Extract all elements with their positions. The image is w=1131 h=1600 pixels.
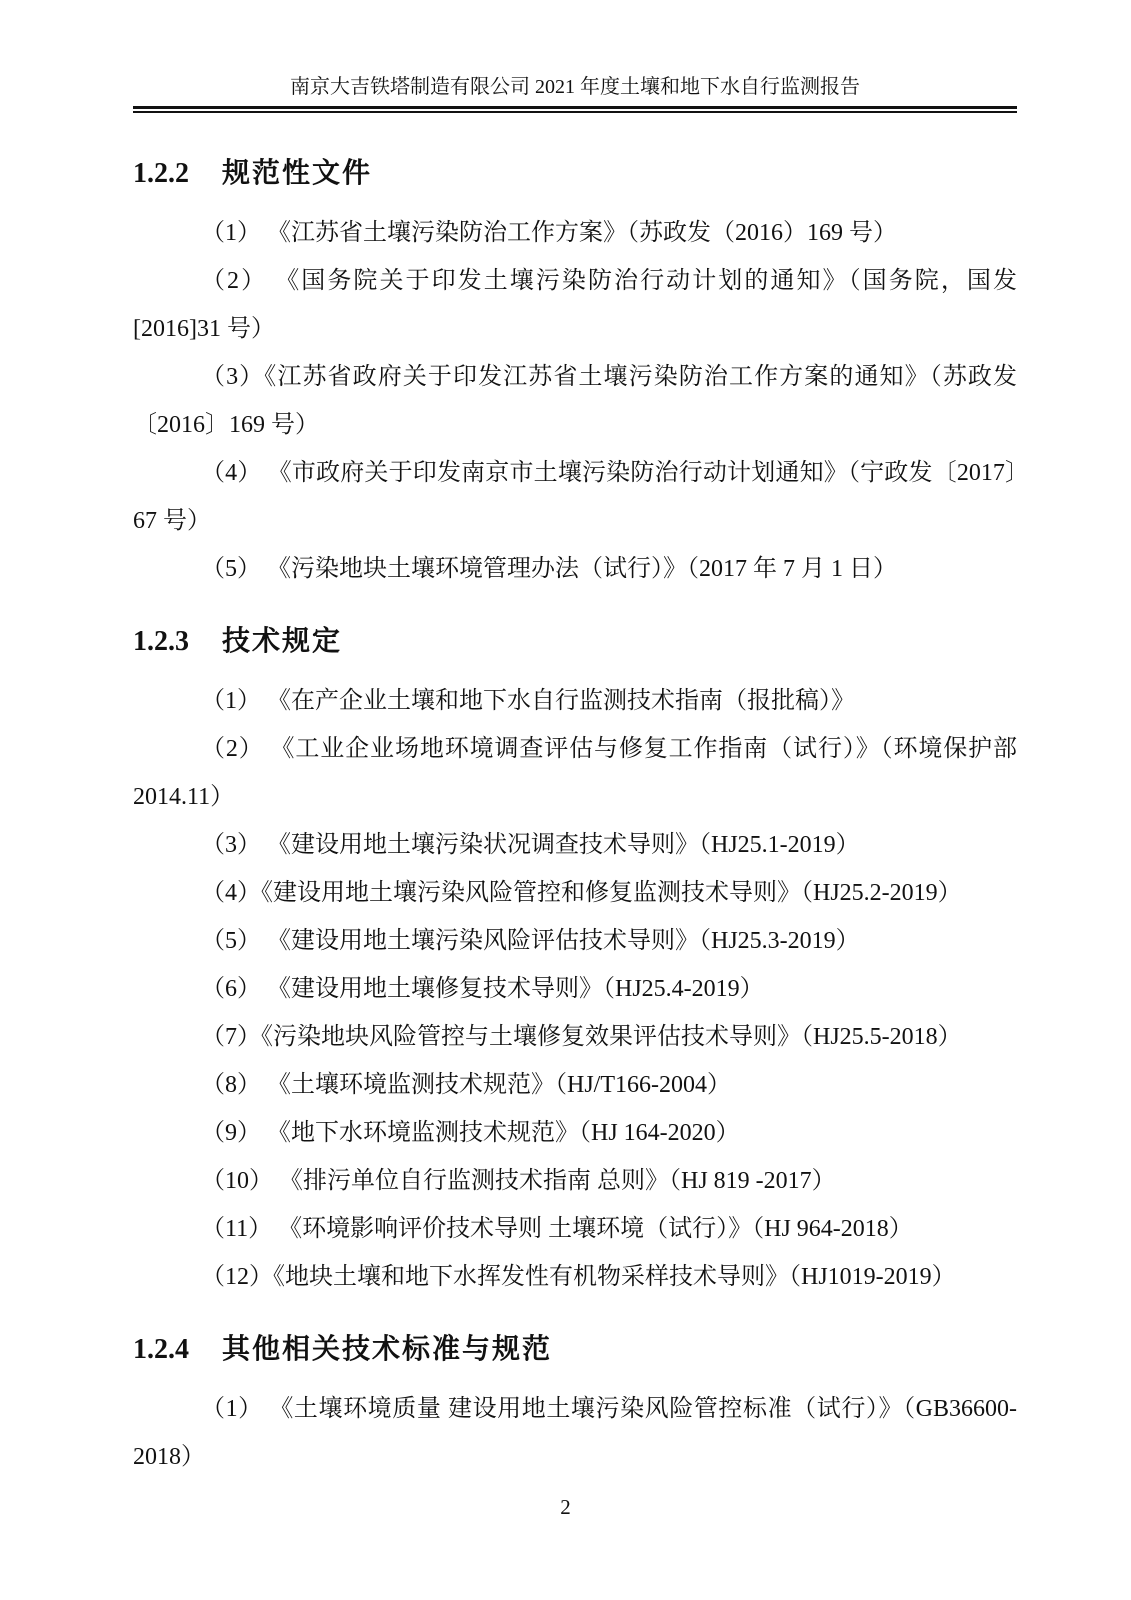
section-number: 1.2.4 [133, 1334, 189, 1365]
page-header: 南京大吉铁塔制造有限公司 2021 年度土壤和地下水自行监测报告 [0, 0, 1131, 113]
reference-item: （1） 《在产企业土壤和地下水自行监测技术指南（报批稿）》 [133, 677, 1017, 725]
page-number: 2 [0, 1494, 1131, 1520]
reference-item: （5） 《污染地块土壤环境管理办法（试行）》（2017 年 7 月 1 日） [133, 545, 1017, 593]
document-content: 1.2.2 规范性文件 （1） 《江苏省土壤污染防治工作方案》（苏政发（2016… [133, 149, 1017, 1481]
reference-item: （1） 《江苏省土壤污染防治工作方案》（苏政发（2016）169 号） [133, 209, 1017, 257]
section-heading-1-2-4: 1.2.4 其他相关技术标准与规范 [133, 1325, 1017, 1375]
section-heading-1-2-2: 1.2.2 规范性文件 [133, 149, 1017, 199]
section-heading-1-2-3: 1.2.3 技术规定 [133, 617, 1017, 667]
reference-item: （7）《污染地块风险管控与土壤修复效果评估技术导则》（HJ25.5-2018） [133, 1013, 1017, 1061]
header-double-rule [133, 106, 1017, 113]
reference-item: （8） 《土壤环境监测技术规范》（HJ/T166-2004） [133, 1061, 1017, 1109]
section-title: 规范性文件 [222, 158, 372, 189]
page-header-title: 南京大吉铁塔制造有限公司 2021 年度土壤和地下水自行监测报告 [133, 0, 1017, 100]
reference-item: （10） 《排污单位自行监测技术指南 总则》（HJ 819 -2017） [133, 1157, 1017, 1205]
reference-item: （9） 《地下水环境监测技术规范》（HJ 164-2020） [133, 1109, 1017, 1157]
reference-item: （4） 《市政府关于印发南京市土壤污染防治行动计划通知》（宁政发〔2017〕67… [133, 449, 1017, 545]
reference-item: （2） 《工业企业场地环境调查评估与修复工作指南（试行）》（环境保护部 2014… [133, 725, 1017, 821]
section-number: 1.2.3 [133, 626, 189, 657]
section-title: 技术规定 [222, 626, 342, 657]
reference-item: （6） 《建设用地土壤修复技术导则》（HJ25.4-2019） [133, 965, 1017, 1013]
section-number: 1.2.2 [133, 158, 189, 189]
reference-item: （3）《江苏省政府关于印发江苏省土壤污染防治工作方案的通知》（苏政发〔2016〕… [133, 353, 1017, 449]
reference-item: （5） 《建设用地土壤污染风险评估技术导则》（HJ25.3-2019） [133, 917, 1017, 965]
reference-item: （3） 《建设用地土壤污染状况调查技术导则》（HJ25.1-2019） [133, 821, 1017, 869]
reference-item: （12）《地块土壤和地下水挥发性有机物采样技术导则》（HJ1019-2019） [133, 1253, 1017, 1301]
reference-item: （4）《建设用地土壤污染风险管控和修复监测技术导则》（HJ25.2-2019） [133, 869, 1017, 917]
report-page: 南京大吉铁塔制造有限公司 2021 年度土壤和地下水自行监测报告 1.2.2 规… [0, 0, 1131, 1600]
section-title: 其他相关技术标准与规范 [222, 1334, 552, 1365]
reference-item: （2） 《国务院关于印发土壤污染防治行动计划的通知》（国务院，国发[2016]3… [133, 257, 1017, 353]
reference-item: （1） 《土壤环境质量 建设用地土壤污染风险管控标准（试行）》（GB36600-… [133, 1385, 1017, 1481]
reference-item: （11） 《环境影响评价技术导则 土壤环境（试行）》（HJ 964-2018） [133, 1205, 1017, 1253]
